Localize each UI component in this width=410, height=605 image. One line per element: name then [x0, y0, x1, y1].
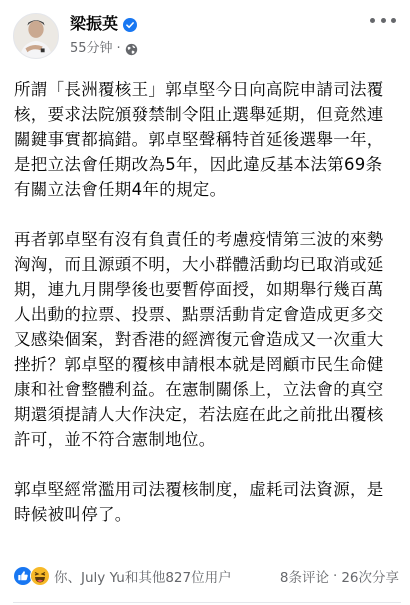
more-dot-icon: [381, 18, 386, 23]
engagement-separator: ·: [333, 568, 337, 584]
post-header: 梁振英 55分钟 ·: [0, 0, 410, 70]
reactions-divider: [13, 602, 401, 603]
reactions-bar: 你、July Yu和其他827位用户 8条评论 · 26次分享: [13, 565, 399, 587]
author-avatar[interactable]: [13, 13, 59, 59]
reactions-summary-text: 你、July Yu和其他827位用户: [54, 566, 232, 586]
haha-icon: [30, 566, 50, 586]
reactions-summary[interactable]: 你、July Yu和其他827位用户: [13, 566, 232, 586]
verified-badge-icon: [123, 17, 137, 31]
globe-icon: [125, 43, 138, 56]
avatar-photo: [14, 14, 58, 58]
shares-count-link[interactable]: 26次分享: [341, 566, 399, 586]
meta-separator: ·: [117, 41, 121, 57]
more-dot-icon: [370, 18, 375, 23]
author-name[interactable]: 梁振英: [70, 14, 118, 34]
post-paragraph: 再者郭卓堅有沒有負責任的考慮疫情第三波的來勢洶洶，而且源頭不明，大小群體活動均已…: [14, 227, 399, 452]
author-row: 梁振英: [70, 14, 137, 34]
post-timestamp[interactable]: 55分钟: [70, 41, 113, 57]
post-paragraph: 所謂「長洲覆核王」郭卓堅今日向高院申請司法覆核，要求法院頒發禁制令阻止選舉延期，…: [14, 77, 399, 202]
post-body: 所謂「長洲覆核王」郭卓堅今日向高院申請司法覆核，要求法院頒發禁制令阻止選舉延期，…: [14, 77, 399, 552]
post-meta: 55分钟 ·: [70, 41, 138, 57]
engagement-counts: 8条评论 · 26次分享: [280, 566, 399, 586]
more-options-button[interactable]: [370, 12, 396, 28]
post-paragraph: 郭卓堅經常濫用司法覆核制度，虛耗司法資源，是時候被叫停了。: [14, 477, 399, 527]
more-dot-icon: [391, 18, 396, 23]
comments-count-link[interactable]: 8条评论: [280, 566, 329, 586]
